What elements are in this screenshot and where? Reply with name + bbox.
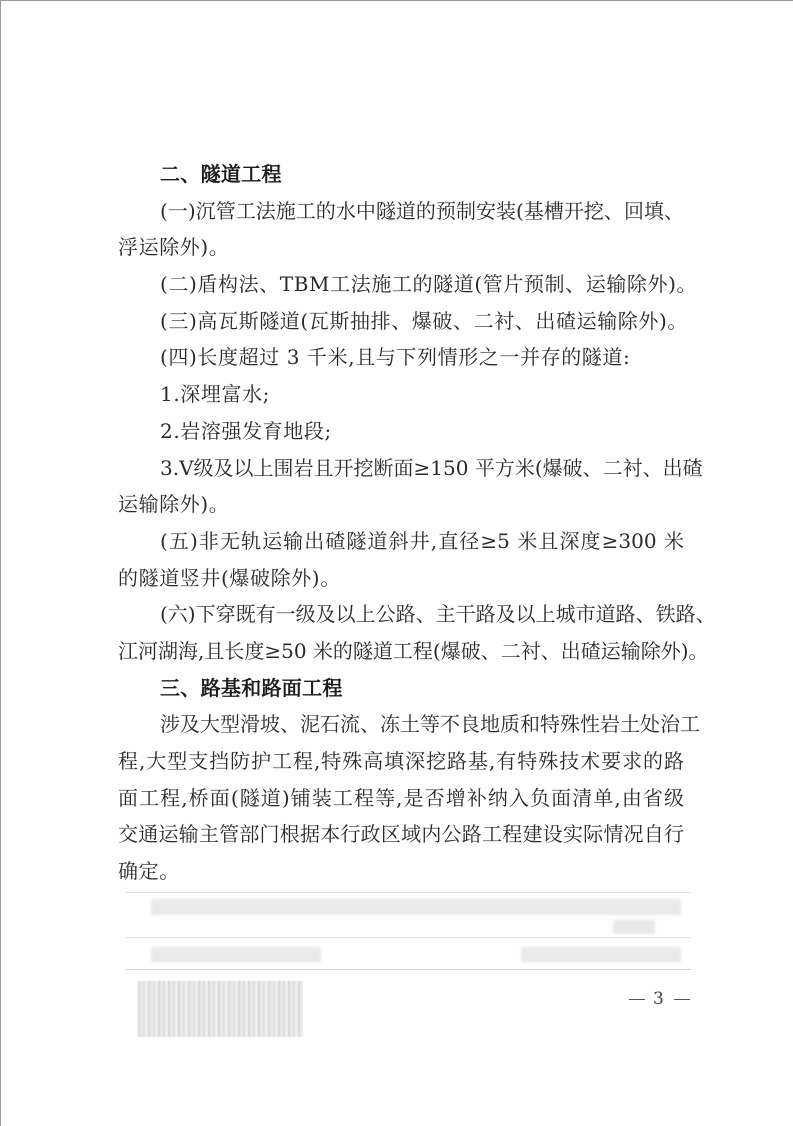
list-item: 2.岩溶强发育地段; xyxy=(118,413,684,450)
page-number-value: 3 xyxy=(653,989,666,1009)
document-page: 二、隧道工程 (一)沉管工法施工的水中隧道的预制安装(基槽开挖、回填、 浮运除外… xyxy=(0,0,793,1126)
bleed-through-rule xyxy=(126,892,691,893)
paragraph-line: (四)长度超过 3 千米,且与下列情形之一并存的隧道: xyxy=(118,339,684,376)
list-item: 3.V级及以上围岩且开挖断面≥150 平方米(爆破、二衬、出碴 xyxy=(118,450,684,487)
dash-right xyxy=(674,999,690,1000)
paragraph-line: 的隧道竖井(爆破除外)。 xyxy=(118,560,684,597)
paragraph-line: 浮运除外)。 xyxy=(118,229,684,266)
section-heading-tunnel: 二、隧道工程 xyxy=(118,156,684,193)
bleed-through-rule xyxy=(126,969,691,970)
paragraph-line: 江河湖海,且长度≥50 米的隧道工程(爆破、二衬、出碴运输除外)。 xyxy=(118,633,684,670)
dash-left xyxy=(629,999,645,1000)
paragraph-line: 涉及大型滑坡、泥石流、冻土等不良地质和特殊性岩土处治工 xyxy=(118,706,684,743)
obscured-barcode-block xyxy=(138,981,303,1037)
paragraph-line: (三)高瓦斯隧道(瓦斯抽排、爆破、二衬、出碴运输除外)。 xyxy=(118,303,684,340)
bleed-through-text xyxy=(613,920,655,934)
paragraph-line: 确定。 xyxy=(118,853,684,890)
bleed-through-text xyxy=(151,947,321,962)
document-body: 二、隧道工程 (一)沉管工法施工的水中隧道的预制安装(基槽开挖、回填、 浮运除外… xyxy=(118,156,684,890)
bleed-through-rule xyxy=(126,937,691,938)
paragraph-line: 面工程,桥面(隧道)铺装工程等,是否增补纳入负面清单,由省级 xyxy=(118,780,684,817)
paragraph-line: (一)沉管工法施工的水中隧道的预制安装(基槽开挖、回填、 xyxy=(118,193,684,230)
paragraph-line: 运输除外)。 xyxy=(118,486,684,523)
paragraph-line: (二)盾构法、TBM工法施工的隧道(管片预制、运输除外)。 xyxy=(118,266,684,303)
page-number: 3 xyxy=(621,989,698,1009)
list-item: 1.深埋富水; xyxy=(118,376,684,413)
paragraph-line: (六)下穿既有一级及以上公路、主干路及以上城市道路、铁路、 xyxy=(118,596,684,633)
paragraph-line: 程,大型支挡防护工程,特殊高填深挖路基,有特殊技术要求的路 xyxy=(118,743,684,780)
paragraph-line: (五)非无轨运输出碴隧道斜井,直径≥5 米且深度≥300 米 xyxy=(118,523,684,560)
bleed-through-text xyxy=(151,899,681,915)
paragraph-line: 交通运输主管部门根据本行政区域内公路工程建设实际情况自行 xyxy=(118,816,684,853)
section-heading-roadbed: 三、路基和路面工程 xyxy=(118,670,684,707)
bleed-through-text xyxy=(521,947,681,962)
